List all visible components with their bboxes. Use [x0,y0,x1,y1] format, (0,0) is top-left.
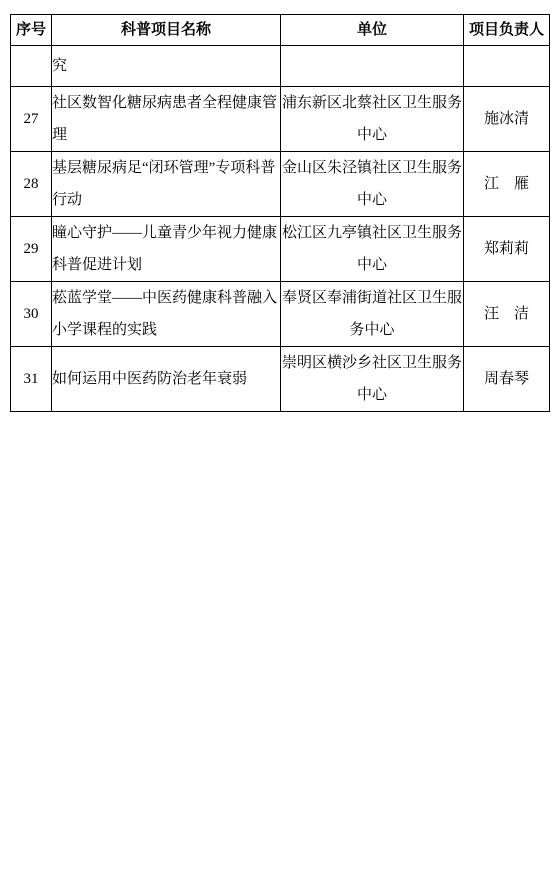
cell-project-name: 瞳心守护——儿童青少年视力健康科普促进计划 [52,217,281,282]
header-unit: 单位 [281,15,464,46]
cell-serial-number: 31 [11,347,52,412]
table-row: 31 如何运用中医药防治老年衰弱 崇明区横沙乡社区卫生服务中心 周春琴 [11,347,550,412]
cell-project-name: 如何运用中医药防治老年衰弱 [52,347,281,412]
cell-project-leader: 施冰清 [464,87,550,152]
table-row: 29 瞳心守护——儿童青少年视力健康科普促进计划 松江区九亭镇社区卫生服务中心 … [11,217,550,282]
table-row: 27 社区数智化糖尿病患者全程健康管理 浦东新区北蔡社区卫生服务中心 施冰清 [11,87,550,152]
cell-unit [281,46,464,87]
cell-project-leader [464,46,550,87]
cell-unit: 浦东新区北蔡社区卫生服务中心 [281,87,464,152]
cell-project-name: 菘蓝学堂——中医药健康科普融入小学课程的实践 [52,282,281,347]
science-project-table: 序号 科普项目名称 单位 项目负责人 究 27 社区数智化糖尿病患者全程健康管理… [10,14,550,412]
cell-project-leader: 江 雁 [464,152,550,217]
cell-project-name: 究 [52,46,281,87]
cell-serial-number [11,46,52,87]
header-project-name: 科普项目名称 [52,15,281,46]
cell-serial-number: 29 [11,217,52,282]
cell-unit: 金山区朱泾镇社区卫生服务中心 [281,152,464,217]
cell-serial-number: 30 [11,282,52,347]
cell-unit: 崇明区横沙乡社区卫生服务中心 [281,347,464,412]
cell-unit: 奉贤区奉浦街道社区卫生服务中心 [281,282,464,347]
header-project-leader: 项目负责人 [464,15,550,46]
cell-project-leader: 周春琴 [464,347,550,412]
document-page: 序号 科普项目名称 单位 项目负责人 究 27 社区数智化糖尿病患者全程健康管理… [0,0,557,890]
cell-project-name: 基层糖尿病足“闭环管理”专项科普行动 [52,152,281,217]
table-row: 28 基层糖尿病足“闭环管理”专项科普行动 金山区朱泾镇社区卫生服务中心 江 雁 [11,152,550,217]
table-row-continuation: 究 [11,46,550,87]
cell-unit: 松江区九亭镇社区卫生服务中心 [281,217,464,282]
cell-project-leader: 郑莉莉 [464,217,550,282]
cell-project-name: 社区数智化糖尿病患者全程健康管理 [52,87,281,152]
header-serial-number: 序号 [11,15,52,46]
table-row: 30 菘蓝学堂——中医药健康科普融入小学课程的实践 奉贤区奉浦街道社区卫生服务中… [11,282,550,347]
cell-serial-number: 27 [11,87,52,152]
cell-serial-number: 28 [11,152,52,217]
cell-project-leader: 汪 洁 [464,282,550,347]
table-header-row: 序号 科普项目名称 单位 项目负责人 [11,15,550,46]
